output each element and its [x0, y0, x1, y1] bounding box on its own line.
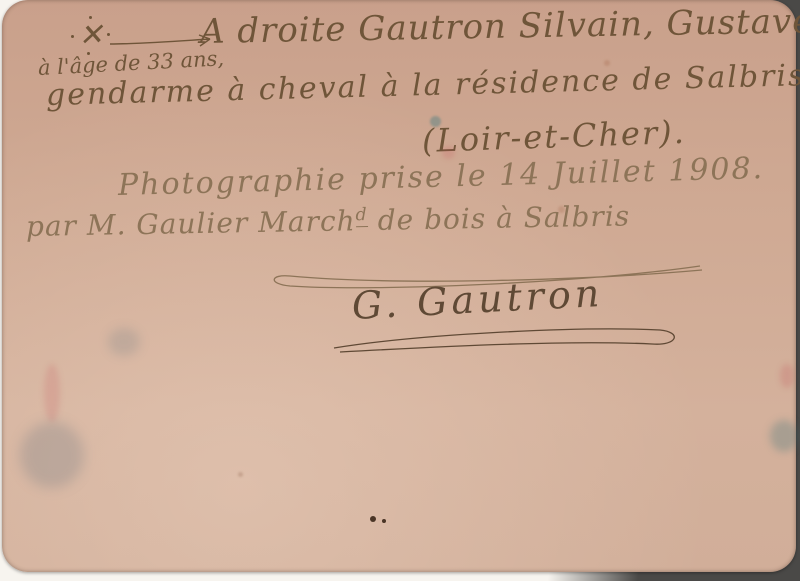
inscription-line-6-prefix: par M. Gaulier March [26, 204, 356, 243]
foxing-spot-3 [238, 472, 243, 477]
x-mark-glyph: ✕ [77, 17, 105, 54]
foxing-spot-2 [558, 206, 565, 213]
red-stain-near-loir [442, 146, 455, 159]
inscription-line-5: Photographie prise le 14 Juillet 1908. [118, 151, 765, 203]
red-stain-left [44, 364, 60, 422]
inscription-line-4: (Loir-et-Cher). [421, 113, 686, 160]
blue-stain-left [20, 422, 84, 488]
inscription-line-6-suffix: de bois à Salbris [367, 199, 630, 237]
ink-dot-small [382, 519, 386, 523]
signature-flourish [330, 322, 690, 358]
foxing-spot-1 [604, 60, 610, 66]
photo-card-back: ✕ A droite Gautron Silvain, Gustave, à l… [2, 0, 796, 572]
scanned-photo-verso: ✕ A droite Gautron Silvain, Gustave, à l… [0, 0, 800, 581]
teal-dot-near-loir [430, 116, 441, 127]
red-stain-right-edge [780, 364, 794, 388]
ink-dot-large [370, 516, 376, 522]
inscription-line-6: par M. Gaulier Marchd de bois à Salbris [26, 199, 631, 243]
marchand-superscript-d: d [355, 205, 368, 227]
blue-stain-mid-left [108, 328, 140, 356]
blue-stain-right-edge [770, 420, 798, 452]
inscription-line-1: A droite Gautron Silvain, Gustave, [200, 1, 800, 52]
